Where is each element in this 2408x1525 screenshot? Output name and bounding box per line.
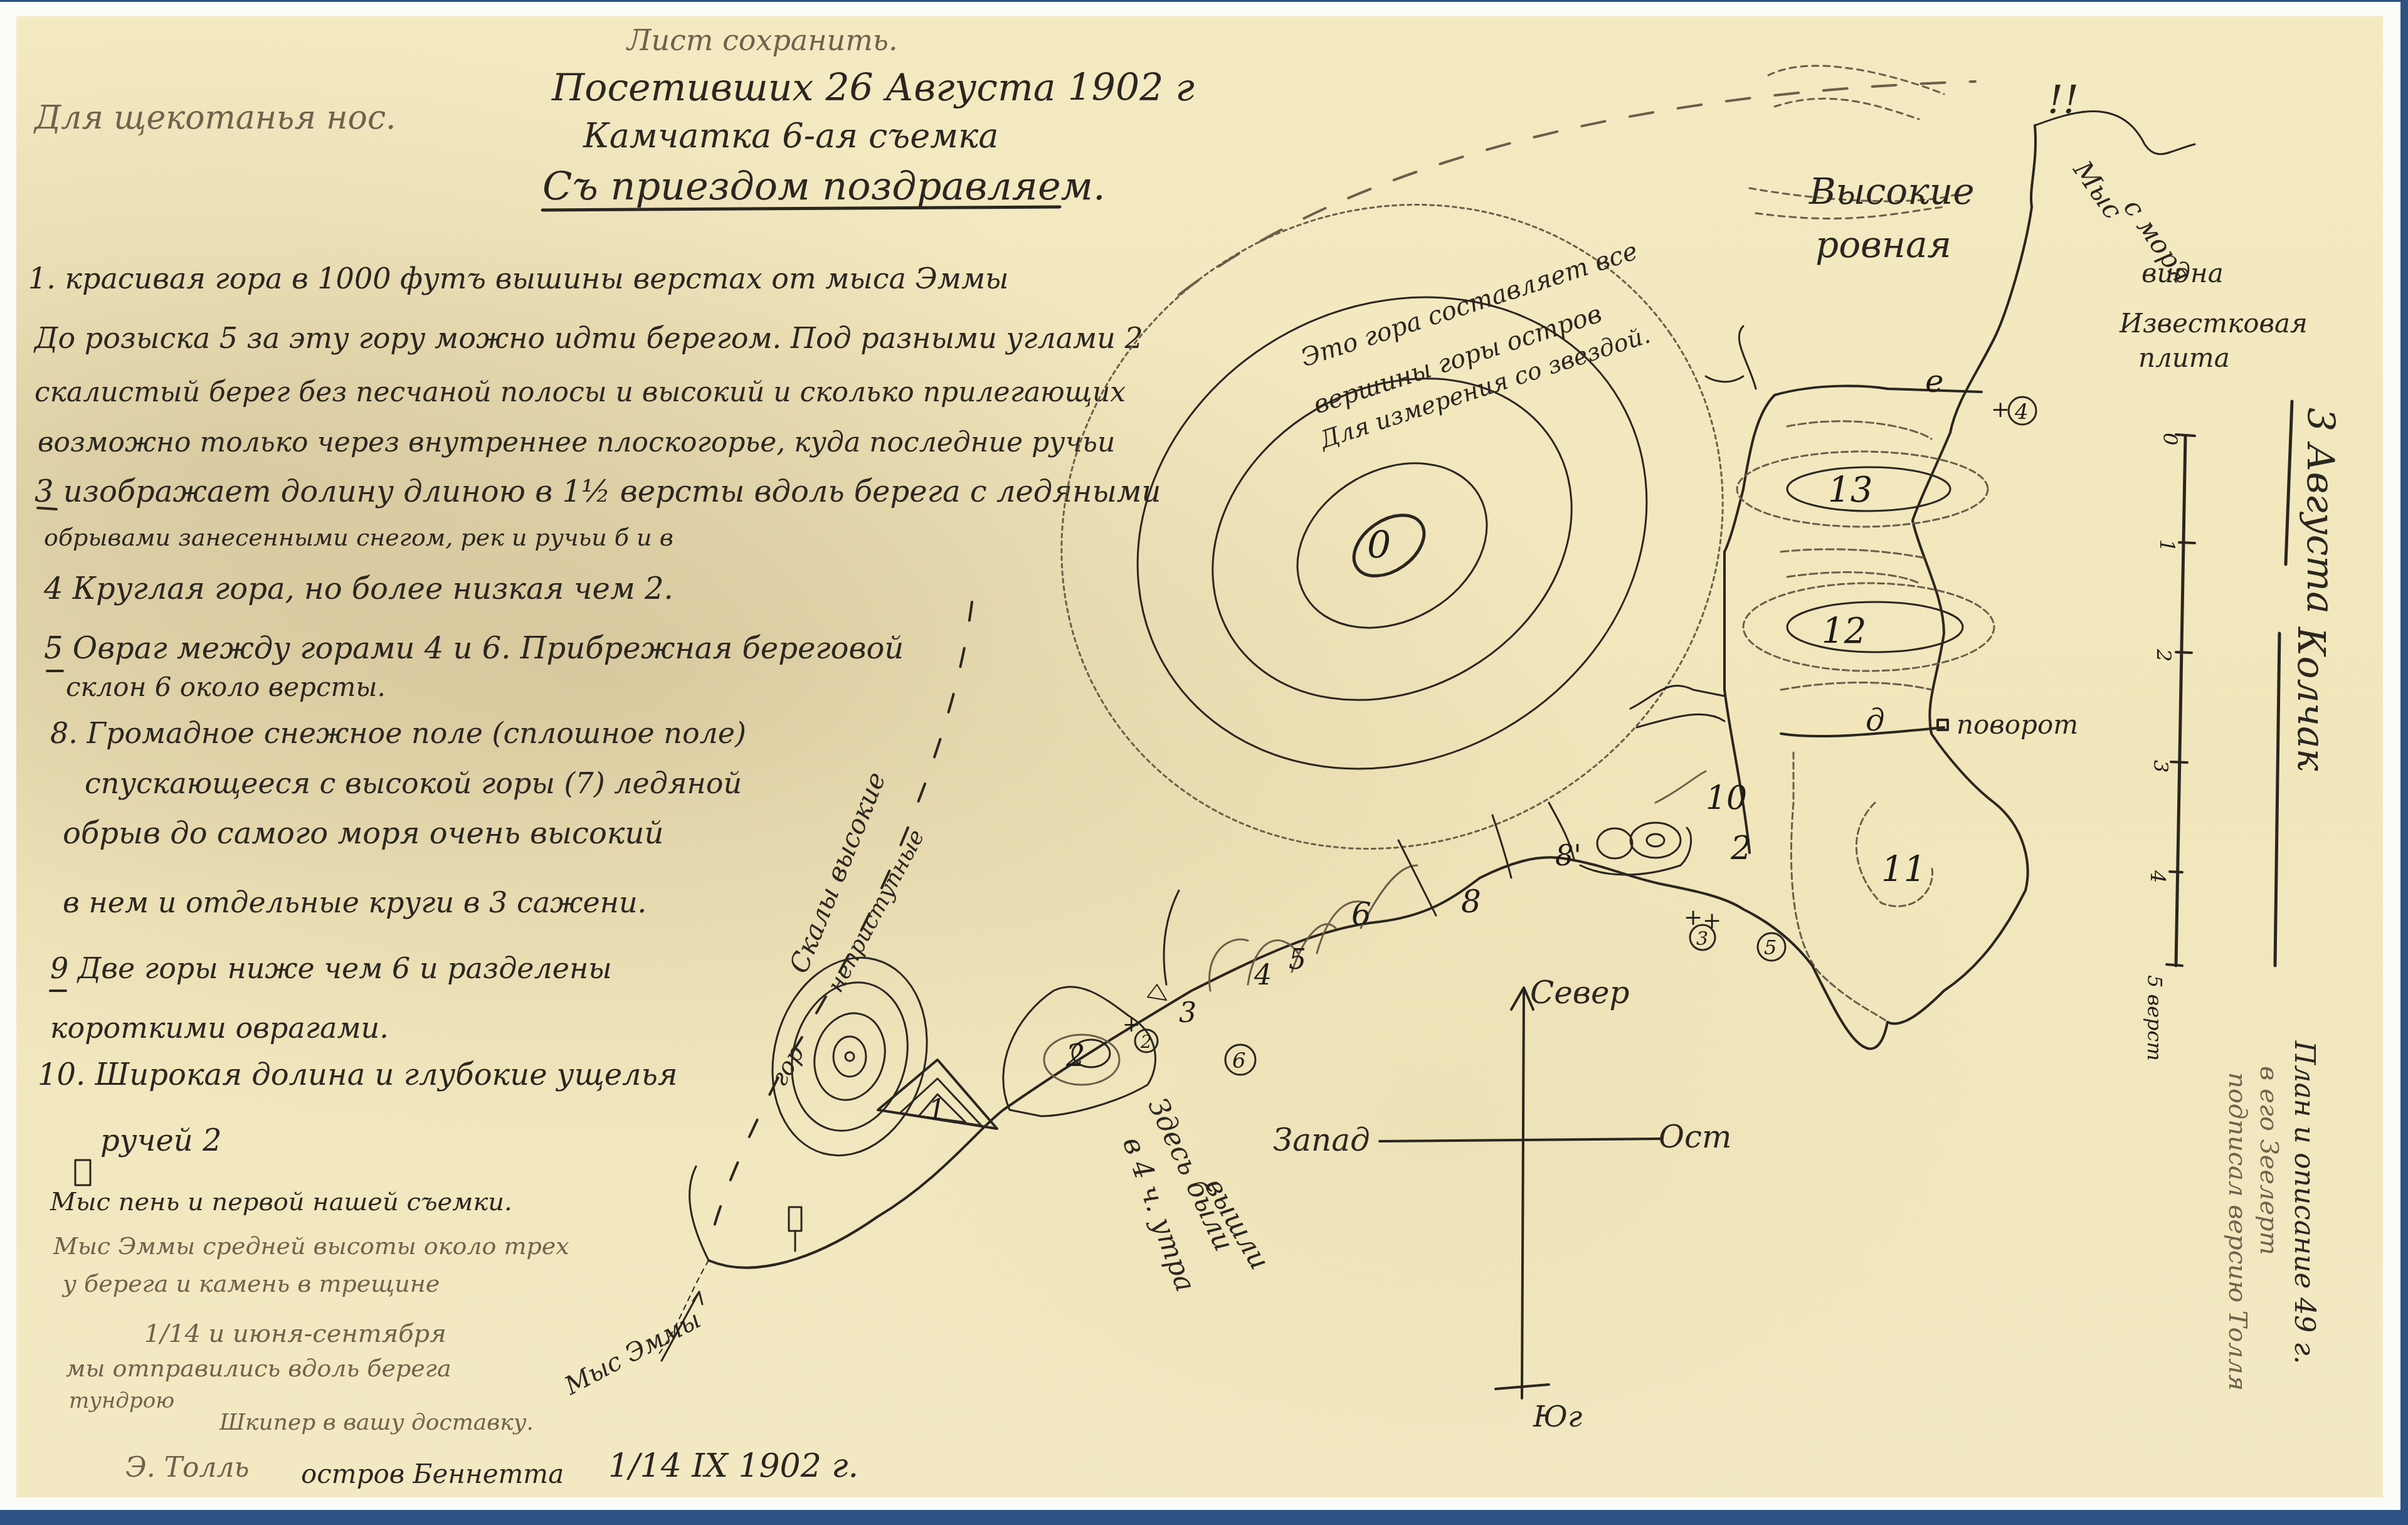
scale-tick: 2	[2152, 648, 2176, 662]
point-label: е	[1925, 363, 1944, 399]
legend-item: 8. Громадное снежное поле (сплошное поле…	[50, 716, 746, 750]
scale-bar: 0 1 2 3 4 5 верст 3 Августа Колчак План …	[2143, 401, 2342, 1391]
note-line: Мыс пень и первой нашей съемки.	[50, 1188, 512, 1216]
peak-label: 2	[1730, 830, 1751, 867]
legend-item: в нем и отдельные круги в 3 сажени.	[63, 885, 647, 919]
note-line: Шкипер в вашу доставку.	[219, 1410, 534, 1435]
dashed-western-route	[709, 602, 972, 1248]
scale-title: 3 Августа	[2298, 408, 2342, 614]
legend-item: возможно только через внутреннее плоског…	[38, 426, 1115, 458]
station-2: +2	[1122, 1012, 1158, 1052]
compass-rose: Север Юг Ост Запад	[1273, 974, 1731, 1433]
cape-note: Мыс	[2067, 155, 2128, 224]
note-line: Мыс Эммы средней высоты около трех	[53, 1232, 569, 1260]
scale-tick: 5 верст	[2143, 975, 2167, 1061]
header-title: Съ приездом поздравляем.	[542, 163, 1106, 209]
cape-note: плита	[2138, 342, 2230, 373]
legend-item: 9 Две горы ниже чем 6 и разделены	[50, 951, 612, 985]
svg-text:2: 2	[1140, 1032, 1152, 1052]
scale-subtitle: Колчак	[2289, 626, 2333, 771]
scale-tick: 3	[2149, 760, 2173, 773]
note-line: 1/14 и июня-сентября	[144, 1319, 446, 1348]
svg-text:4: 4	[2014, 399, 2029, 425]
top-left-note: Для щекотанья нос.	[33, 99, 396, 137]
peak-label: 6	[1351, 896, 1371, 932]
scale-note: подписал версию Толля	[2223, 1072, 2252, 1391]
legend-item: склон 6 около версты.	[66, 672, 386, 702]
scale-tick: 4	[2146, 870, 2170, 883]
cliffs-label-line: ровная	[1815, 223, 1951, 266]
peak-label: 1	[928, 1094, 946, 1126]
peak-label: 2	[1065, 1038, 1085, 1074]
peak-label: 8	[1461, 884, 1481, 920]
peak-label: 11	[1881, 849, 1926, 890]
cliffs-label-line: Высокие	[1809, 170, 1975, 213]
compass-west: Запад	[1273, 1122, 1370, 1158]
station-4: +4	[1991, 397, 2036, 425]
legend-item: обрыв до самого моря очень высокий	[63, 816, 663, 851]
peak-label: 5	[1289, 944, 1306, 976]
scale-note: План и описание 49 г.	[2288, 1040, 2320, 1364]
compass-east: Ост	[1659, 1119, 1731, 1155]
legend: 1. красивая гора в 1000 футъ вышины верс…	[28, 261, 1161, 1158]
signature-date: 1/14 IX 1902 г.	[608, 1447, 858, 1485]
legend-item: 10. Широкая долина и глубокие ущелья	[38, 1057, 678, 1092]
note-line: тундрою	[69, 1388, 174, 1413]
triangulation-mark-icon	[1148, 984, 1166, 1000]
cairn-symbol-icon	[75, 1160, 90, 1185]
legend-item: 5 Овраг между горами 4 и 6. Прибрежная б…	[44, 631, 904, 666]
compass-north: Север	[1530, 974, 1630, 1011]
svg-text:+: +	[1684, 905, 1703, 931]
peak-label: 13	[1828, 470, 1872, 510]
cape-note: видна	[2141, 258, 2224, 288]
legend-item: 4 Круглая гора, но более низкая чем 2.	[43, 571, 673, 606]
compass-south: Юг	[1533, 1400, 1582, 1433]
peak-label: 0	[1367, 524, 1391, 567]
rocks-label: Скалы высокие	[783, 768, 892, 978]
header-line-2: Посетивших 26 Августа 1902 г	[551, 66, 1195, 110]
lower-left-notes: Мыс пень и первой нашей съемки. Мыс Эммы…	[50, 1160, 858, 1489]
place-name: остров Беннетта	[301, 1459, 564, 1489]
station-6: 6	[1225, 1045, 1255, 1075]
peak-label: 12	[1822, 611, 1866, 652]
scale-tick: 0	[2158, 433, 2182, 445]
peak-label: 8'	[1555, 838, 1582, 872]
svg-text:5: 5	[1764, 936, 1777, 959]
go-label: гор	[765, 1041, 810, 1091]
peak-label: 10	[1706, 779, 1747, 817]
cape-note: Известковая	[2119, 308, 2308, 339]
sketch-map: Для щекотанья нос. Лист сохранить. Посет…	[0, 0, 2408, 1525]
legend-item: 3 изображает долину длиною в 1½ версты в…	[34, 474, 1161, 509]
peak-label: 3	[1179, 997, 1196, 1029]
hut-label: поворот	[1956, 709, 2078, 740]
svg-text:+: +	[1991, 397, 2010, 423]
scale-note: в его Зеелерт	[2254, 1066, 2283, 1255]
svg-text:+: +	[1703, 908, 1721, 934]
signature: Э. Толль	[125, 1452, 249, 1484]
peak-label: 4	[1254, 959, 1272, 991]
legend-item: спускающееся с высокой горы (7) ледяной	[85, 766, 742, 800]
legend-item: скалистый берег без песчаной полосы и вы…	[34, 376, 1126, 408]
legend-item: короткими оврагами.	[50, 1011, 389, 1045]
header-line-1: Лист сохранить.	[626, 23, 898, 57]
scale-tick: 1	[2155, 539, 2179, 552]
eastern-coast: Высокие ровная !! Мыс с моря видна Извес…	[1630, 66, 2308, 1024]
point-label: д	[1866, 703, 1884, 738]
note-line: мы отправились вдоль берега	[66, 1354, 451, 1382]
svg-text:6: 6	[1232, 1048, 1246, 1074]
central-mountain: Это гора составляет все вершины горы ост…	[935, 76, 1849, 978]
legend-item: 1. красивая гора в 1000 футъ вышины верс…	[28, 261, 1009, 295]
note-line: у берега и камень в трещине	[61, 1270, 440, 1297]
cairn-symbol-icon	[789, 1207, 801, 1231]
header-line-3: Камчатка 6-ая съемка	[583, 116, 998, 156]
legend-item: обрывами занесенными снегом, рек и ручьи…	[44, 524, 673, 551]
legend-item: ручей 2	[100, 1123, 222, 1158]
exclamation-mark: !!	[2047, 77, 2079, 122]
legend-item: До розыска 5 за эту гору можно идти бере…	[33, 321, 1143, 355]
